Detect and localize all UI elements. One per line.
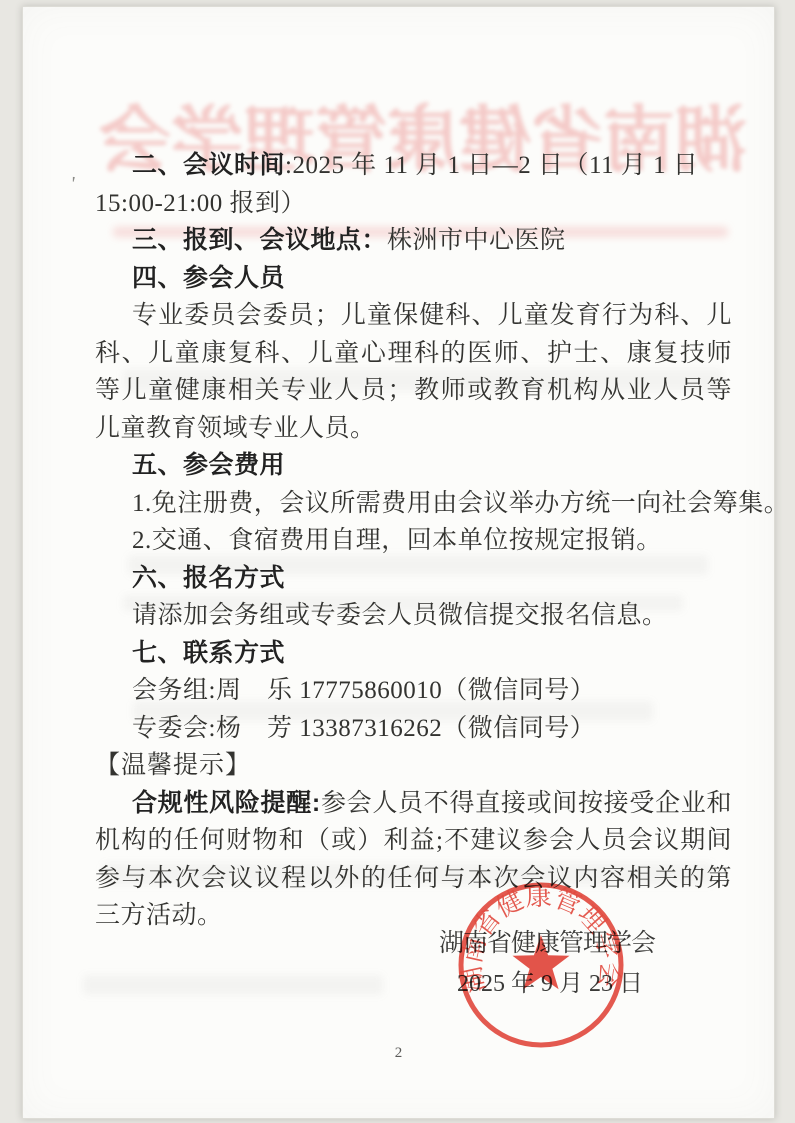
section-meeting-time: 二、会议时间:2025 年 11 月 1 日—2 日（11 月 1 日 [95, 147, 732, 185]
warm-tips-heading: 【温馨提示】 [95, 747, 732, 785]
compliance-risk-paragraph: 合规性风险提醒:参会人员不得直接或间按接受企业和机构的任何财物和（或）利益;不建… [95, 785, 732, 935]
signature-date: 2025 年 9 月 23 日 [457, 963, 643, 998]
bleedthrough-smudge [83, 975, 383, 995]
section-fees-heading: 五、参会费用 [95, 447, 732, 485]
section-meeting-time-heading: 二、会议时间 [132, 151, 285, 179]
compliance-risk-heading: 合规性风险提醒: [132, 789, 321, 817]
section-contact-heading: 七、联系方式 [95, 635, 732, 673]
contact-committee: 专委会:杨 芳 13387316262（微信同号） [95, 710, 732, 748]
fee-item-2: 2.交通、食宿费用自理，回本单位按规定报销。 [95, 522, 732, 560]
section-meeting-time-value: :2025 年 11 月 1 日—2 日（11 月 1 日 [285, 152, 698, 179]
fee-item-1: 1.免注册费，会议所需费用由会议举办方统一向社会筹集。 [95, 485, 732, 523]
section-participants-body: 专业委员会委员；儿童保健科、儿童发育行为科、儿科、儿童康复科、儿童心理科的医师、… [95, 297, 732, 447]
section-location: 三、报到、会议地点：株洲市中心医院 [95, 222, 732, 260]
contact-conference-group: 会务组:周 乐 17775860010（微信同号） [95, 672, 732, 710]
section-participants-heading: 四、参会人员 [95, 260, 732, 298]
signature-organization: 湖南省健康管理学会 [439, 923, 655, 959]
section-registration-heading: 六、报名方式 [95, 560, 732, 598]
section-location-value: 株洲市中心医院 [387, 227, 566, 254]
page-number: 2 [23, 1045, 774, 1062]
scanned-document-page: 湖南省健康管理学会 ' 二、会议时间:2025 年 11 月 1 日—2 日（1… [22, 6, 775, 1119]
section-location-heading: 三、报到、会议地点： [132, 226, 387, 254]
section-meeting-time-continuation: 15:00-21:00 报到） [95, 185, 732, 223]
section-registration-body: 请添加会务组或专委会人员微信提交报名信息。 [95, 597, 732, 635]
document-content: 二、会议时间:2025 年 11 月 1 日—2 日（11 月 1 日 15:0… [23, 7, 774, 935]
